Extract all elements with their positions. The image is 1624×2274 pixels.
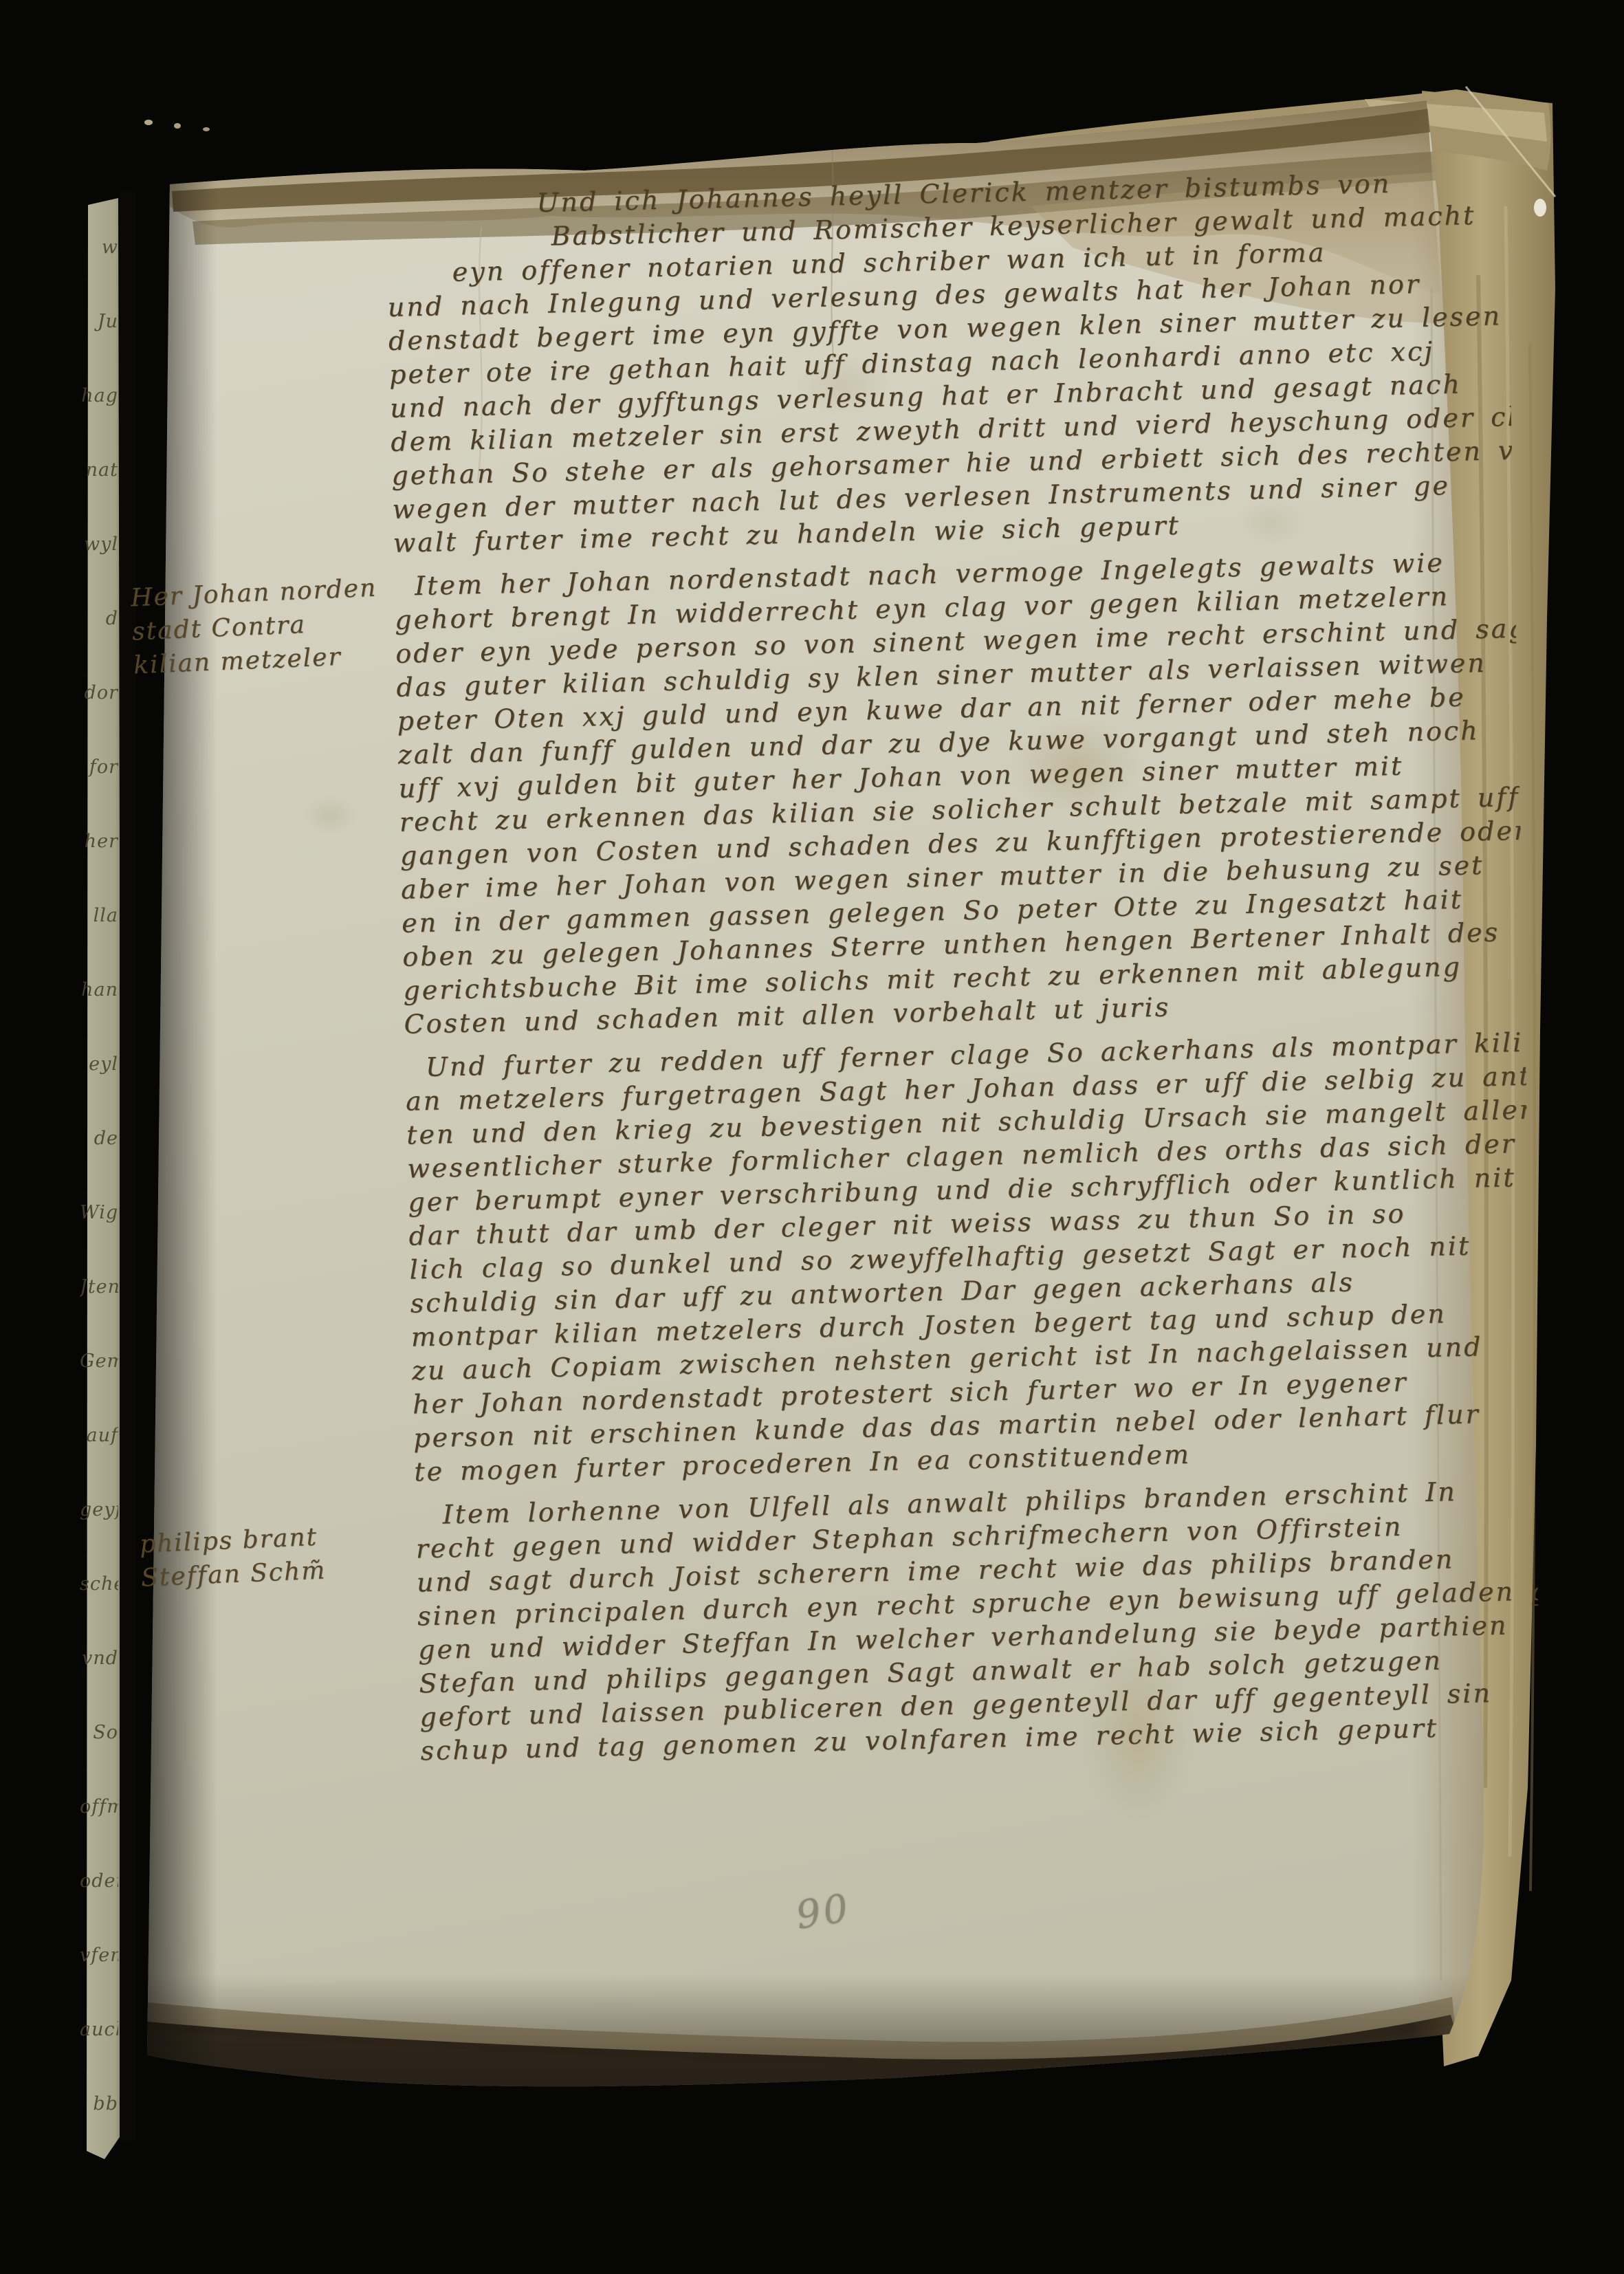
gutter-fragment: eyl: [80, 1027, 118, 1102]
gutter-fragment: dor: [80, 656, 118, 730]
gutter-fragment: offm: [80, 1770, 118, 1844]
gutter-fragment: auf: [80, 1399, 118, 1473]
gutter-fragment: bb: [80, 2067, 118, 2141]
body-text: Und ich Johannes heyll Clerick mentzer b…: [385, 164, 1541, 1768]
margin-note-1: Her Johan norden stadt Contra kilian met…: [130, 571, 380, 683]
gutter-fragments: wJuhagnatwylddorforherllahaneyldeWigJten…: [80, 210, 118, 2150]
gutter-fragment: hag: [80, 359, 118, 433]
paper-speck: [1534, 199, 1546, 217]
gutter-fragment: Ju: [80, 285, 118, 359]
paragraph: Und ich Johannes heyll Clerick mentzer b…: [385, 164, 1514, 560]
gutter-fragment: wyl: [80, 507, 118, 582]
gutter-fragment: nat: [80, 433, 118, 507]
gutter-shadow: [120, 191, 136, 2141]
gutter-fragment: Wig: [80, 1176, 118, 1250]
paragraph: Item her Johan nordenstadt nach vermoge …: [394, 545, 1525, 1042]
gutter-fragment: vnd: [80, 1621, 118, 1696]
gutter-fragment: han: [80, 953, 118, 1027]
manuscript-scan: wJuhagnatwylddorforherllahaneyldeWigJten…: [0, 0, 1624, 2274]
gutter-fragment: So: [80, 1696, 118, 1770]
gutter-fragment: lla: [80, 879, 118, 953]
paragraph: Item lorhenne von Ulfell als anwalt phil…: [415, 1474, 1541, 1769]
gutter-fragment: auch: [80, 1993, 118, 2067]
gutter-fragment: schen: [80, 1547, 118, 1621]
gutter-fragment: Jten: [80, 1250, 118, 1324]
gutter-fragment: Gem: [80, 1324, 118, 1399]
gutter-fragment: for: [80, 730, 118, 805]
gutter-fragment: vfen: [80, 1918, 118, 1993]
gutter-fragment: d: [80, 582, 118, 656]
gutter-fragment: oder: [80, 1844, 118, 1918]
gutter-fragment: w: [80, 210, 118, 285]
paragraph: Und furter zu redden uff ferner clage So…: [404, 1026, 1535, 1489]
folio-number: 90: [793, 1885, 853, 1938]
margin-note-2: philips brant Steffan Schm̃: [139, 1520, 327, 1595]
gutter-fragment: de: [80, 1102, 118, 1176]
gutter-fragment: geyf: [80, 1473, 118, 1547]
gutter-fragment: her: [80, 805, 118, 879]
